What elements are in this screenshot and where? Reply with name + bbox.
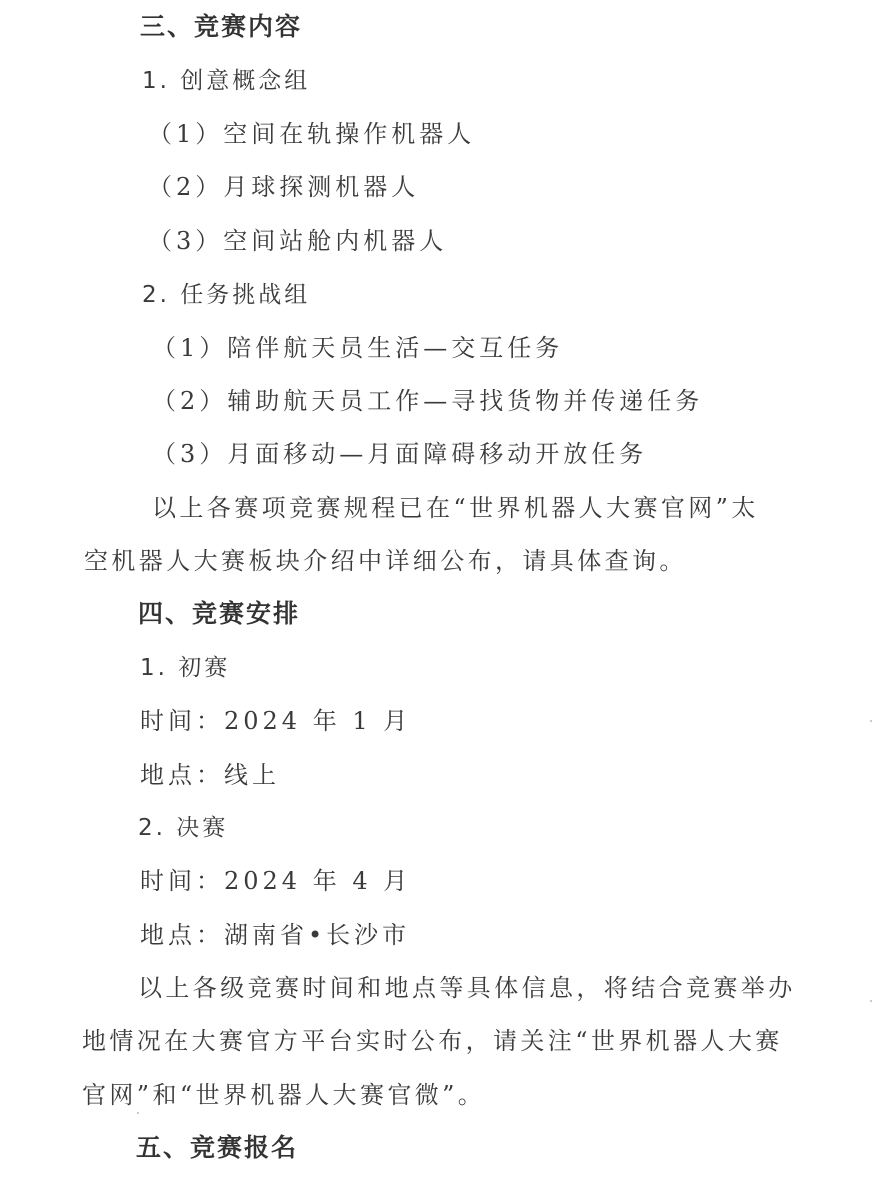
final-time: 时间：2024 年 4 月: [140, 866, 411, 896]
list-item: （2）月球探测机器人: [148, 172, 419, 202]
list-item: （3）月面移动—月面障碍移动开放任务: [152, 439, 647, 469]
list-item: （1）空间在轨操作机器人: [148, 119, 475, 149]
stage-title-preliminary: 1. 初赛: [140, 653, 230, 683]
paragraph-line: 地情况在大赛官方平台实时公布，请关注“世界机器人大赛: [82, 1026, 783, 1056]
section-heading-competition-schedule: 四、竞赛安排: [138, 599, 300, 629]
paragraph-line: 以上各级竞赛时间和地点等具体信息，将结合竞赛举办: [138, 973, 796, 1003]
preliminary-time: 时间：2024 年 1 月: [140, 706, 411, 736]
paragraph-line: 以上各赛项竞赛规程已在“世界机器人大赛官网”太: [152, 493, 759, 523]
group-title-task-challenge: 2. 任务挑战组: [142, 280, 310, 310]
list-item: （2）辅助航天员工作—寻找货物并传递任务: [152, 386, 703, 416]
group-title-creative-concept: 1. 创意概念组: [142, 66, 310, 96]
list-item: （3）空间站舱内机器人: [148, 226, 447, 256]
section-heading-registration: 五、竞赛报名: [136, 1133, 298, 1163]
preliminary-place: 地点：线上: [140, 760, 280, 790]
scan-speck: [870, 720, 872, 722]
scan-speck: [137, 1112, 139, 1114]
final-place: 地点：湖南省•长沙市: [140, 920, 410, 950]
paragraph-line: 官网”和“世界机器人大赛官微”。: [82, 1080, 485, 1110]
list-item: （1）陪伴航天员生活—交互任务: [152, 333, 563, 363]
section-heading-competition-content: 三、竞赛内容: [140, 12, 302, 42]
scan-speck: [870, 1000, 872, 1002]
paragraph-line: 空机器人大赛板块介绍中详细公布，请具体查询。: [84, 546, 687, 576]
stage-title-final: 2. 决赛: [138, 813, 228, 843]
